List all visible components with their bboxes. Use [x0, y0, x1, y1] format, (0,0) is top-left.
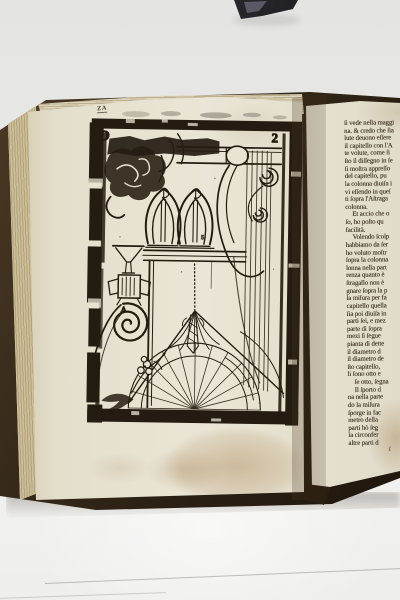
woodcut-small-mark: 5: [201, 235, 204, 241]
column-flutes: [244, 151, 272, 391]
geometric-construction: [99, 310, 285, 415]
woodcut-initial-letter: D: [97, 129, 109, 145]
column-shaft: [140, 247, 247, 409]
catchword-mark: ſ: [389, 447, 391, 453]
text-line: altre parti d: [348, 440, 378, 448]
chalice-figure: [108, 246, 151, 306]
corinthian-capital: [103, 133, 219, 247]
ink-offset-smudges: [122, 110, 287, 119]
woodcut-figure-number: 2: [271, 130, 278, 145]
woodcut-figure: D 2: [61, 108, 310, 436]
